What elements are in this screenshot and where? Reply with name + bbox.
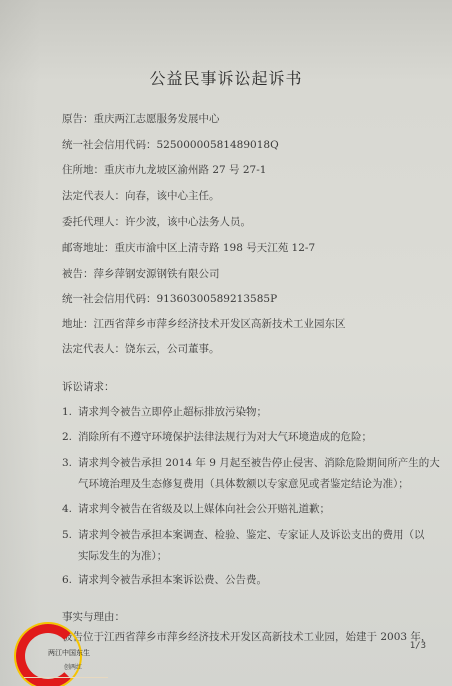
watermark-logo: 两江中国东生 创两红 — [10, 622, 110, 684]
claim-number: 4. — [62, 503, 78, 515]
claim-text: 请求判令被告承担本案调查、检验、鉴定、专家证人及诉讼支出的费用（以 — [78, 529, 425, 541]
claim-text: 请求判令被告承担 2014 年 9 月起至被告停止侵害、消除危险期间所产生的大 — [78, 457, 440, 469]
claim-text: 请求判令被告立即停止超标排放污染物； — [78, 406, 267, 418]
claim-text: 请求判令被告承担本案诉讼费、公告费。 — [78, 574, 267, 586]
claim-item: 4.请求判令被告在省级及以上媒体向社会公开赔礼道歉； — [62, 501, 330, 516]
defendant-name: 被告：萍乡萍钢安源钢铁有限公司 — [62, 266, 220, 281]
plaintiff-credit-code: 统一社会信用代码：52500000581489018Q — [62, 137, 279, 152]
claim-item: 3.请求判令被告承担 2014 年 9 月起至被告停止侵害、消除危险期间所产生的… — [62, 455, 440, 470]
document-title: 公益民事诉讼起诉书 — [0, 66, 452, 89]
defendant-legal-rep: 法定代表人：饶东云，公司董事。 — [62, 341, 220, 356]
logo-signature: 创两红 — [64, 662, 82, 671]
plaintiff-mailing: 邮寄地址：重庆市渝中区上清寺路 198 号天江苑 12-7 — [62, 240, 315, 255]
page-shadow — [0, 0, 40, 686]
claim-item: 2.消除所有不遵守环境保护法律法规行为对大气环境造成的危险； — [62, 429, 372, 444]
defendant-address: 地址：江西省萍乡市萍乡经济技术开发区高新技术工业园东区 — [62, 316, 346, 331]
logo-underline — [24, 677, 108, 678]
claims-heading: 诉讼请求： — [62, 379, 115, 394]
claim-item: 1.请求判令被告立即停止超标排放污染物； — [62, 404, 267, 419]
claim-number: 1. — [62, 406, 78, 418]
claim-number: 6. — [62, 574, 78, 586]
claim-continuation: 气环境治理及生态修复费用（具体数额以专家意见或者鉴定结论为准）； — [78, 476, 409, 491]
plaintiff-address: 住所地：重庆市九龙坡区渝州路 27 号 27-1 — [62, 162, 266, 177]
claim-text: 请求判令被告在省级及以上媒体向社会公开赔礼道歉； — [78, 503, 330, 515]
claim-continuation: 实际发生的为准）； — [78, 548, 167, 563]
facts-paragraph: 被告位于江西省萍乡市萍乡经济技术开发区高新技术工业园，始建于 2003 年， — [62, 629, 431, 644]
claim-number: 5. — [62, 529, 78, 541]
plaintiff-agent: 委托代理人：许少波，该中心法务人员。 — [62, 214, 251, 229]
claim-text: 消除所有不遵守环境保护法律法规行为对大气环境造成的危险； — [78, 431, 372, 443]
plaintiff-legal-rep: 法定代表人：向春，该中心主任。 — [62, 188, 220, 203]
logo-text: 两江中国东生 — [48, 648, 90, 658]
claim-item: 6.请求判令被告承担本案诉讼费、公告费。 — [62, 572, 267, 587]
claim-number: 3. — [62, 457, 78, 469]
page-number: 1/3 — [410, 641, 426, 651]
claim-item: 5.请求判令被告承担本案调查、检验、鉴定、专家证人及诉讼支出的费用（以 — [62, 527, 425, 542]
defendant-credit-code: 统一社会信用代码：91360300589213585P — [62, 291, 277, 306]
document-page: 公益民事诉讼起诉书 原告：重庆两江志愿服务发展中心 统一社会信用代码：52500… — [0, 0, 452, 686]
plaintiff-name: 原告：重庆两江志愿服务发展中心 — [62, 111, 220, 126]
claim-number: 2. — [62, 431, 78, 443]
